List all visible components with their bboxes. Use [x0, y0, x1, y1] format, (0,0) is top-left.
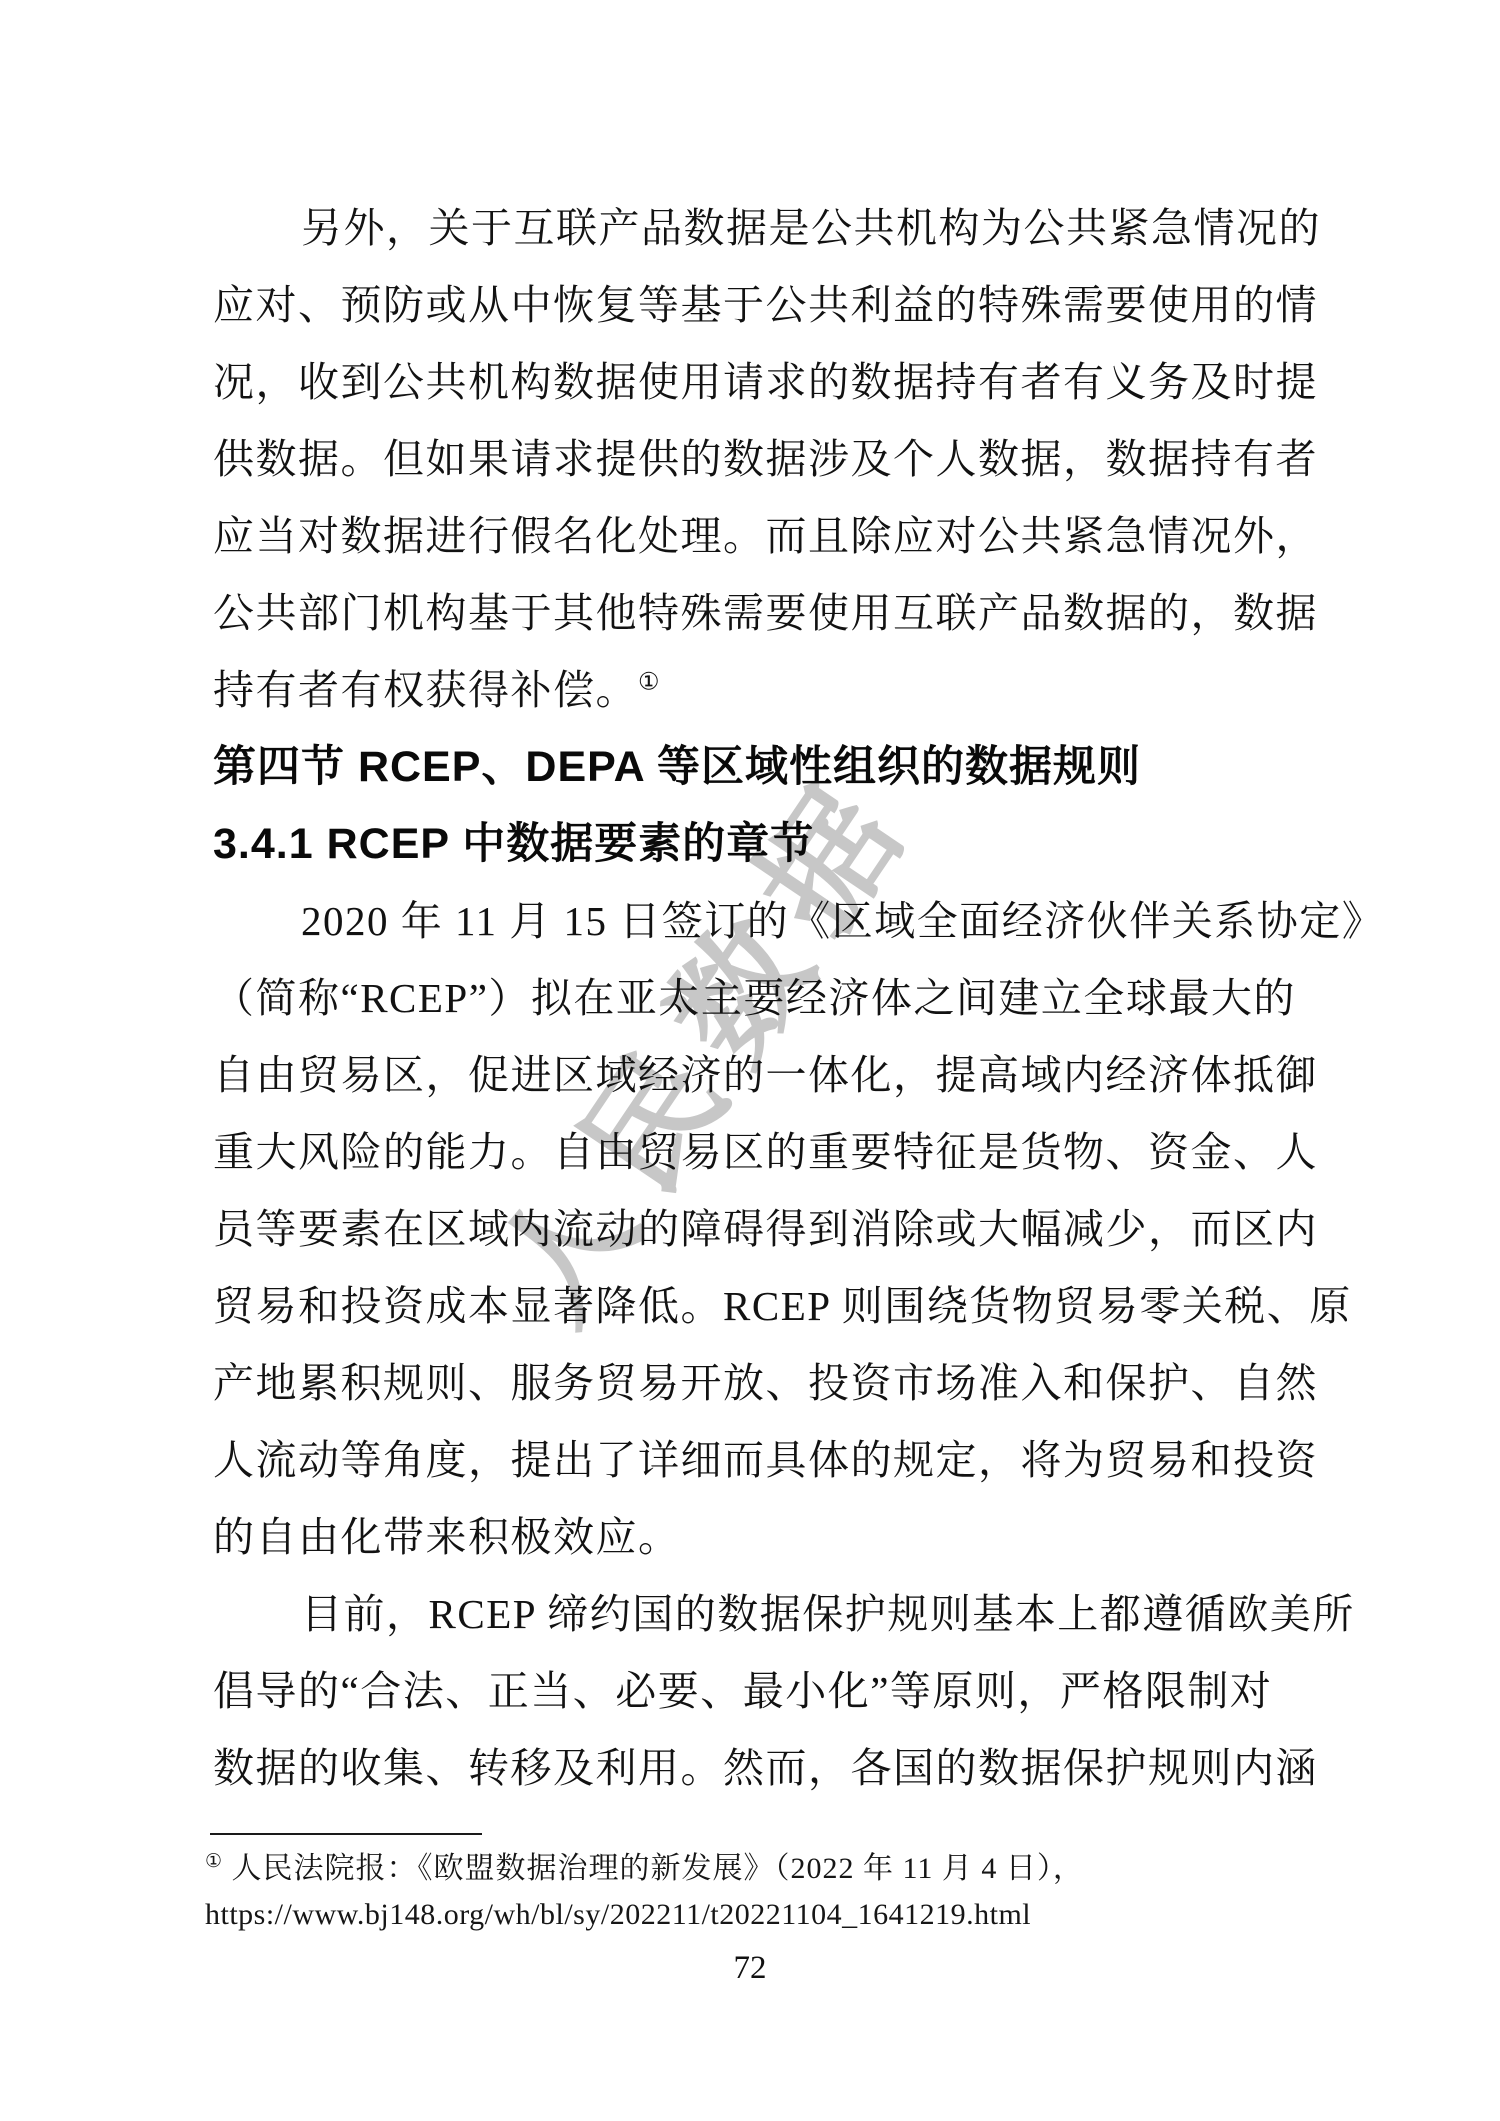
body-line: 况，收到公共机构数据使用请求的数据持有者有义务及时提 [213, 344, 1293, 421]
body-line-text: 持有者有权获得补偿。 [213, 667, 638, 713]
footnote-reference-mark: ① [638, 669, 660, 695]
body-line: 应对、预防或从中恢复等基于公共利益的特殊需要使用的情 [213, 267, 1293, 344]
body-line: 公共部门机构基于其他特殊需要使用互联产品数据的，数据 [213, 575, 1293, 652]
footnote-url: https://www.bj148.org/wh/bl/sy/202211/t2… [205, 1893, 1325, 1937]
footnote-separator [210, 1833, 482, 1835]
footnote-text: ① 人民法院报：《欧盟数据治理的新发展》（2022 年 11 月 4 日）， [205, 1845, 1325, 1893]
body-line: （简称“RCEP”）拟在亚太主要经济体之间建立全球最大的 [213, 960, 1293, 1037]
body-line: 2020 年 11 月 15 日签订的《区域全面经济伙伴关系协定》 [213, 883, 1293, 960]
body-line: 自由贸易区，促进区域经济的一体化，提高域内经济体抵御 [213, 1037, 1293, 1114]
body-line: 员等要素在区域内流动的障碍得到消除或大幅减少，而区内 [213, 1191, 1293, 1268]
footnote: ① 人民法院报：《欧盟数据治理的新发展》（2022 年 11 月 4 日）， h… [205, 1845, 1325, 1937]
body-line: 人流动等角度，提出了详细而具体的规定，将为贸易和投资 [213, 1422, 1293, 1499]
footnote-marker: ① [205, 1851, 223, 1872]
subsection-heading: 3.4.1 RCEP 中数据要素的章节 [213, 806, 1293, 883]
page-number: 72 [0, 1948, 1500, 1988]
page-body: 另外，关于互联产品数据是公共机构为公共紧急情况的 应对、预防或从中恢复等基于公共… [213, 190, 1293, 1807]
footnote-citation: 人民法院报：《欧盟数据治理的新发展》（2022 年 11 月 4 日）， [223, 1852, 1084, 1885]
section-heading: 第四节 RCEP、DEPA 等区域性组织的数据规则 [213, 729, 1293, 806]
body-line: 倡导的“合法、正当、必要、最小化”等原则，严格限制对 [213, 1653, 1293, 1730]
body-line: 数据的收集、转移及利用。然而，各国的数据保护规则内涵 [213, 1730, 1293, 1807]
body-line: 应当对数据进行假名化处理。而且除应对公共紧急情况外， [213, 498, 1293, 575]
body-line: 重大风险的能力。自由贸易区的重要特征是货物、资金、人 [213, 1114, 1293, 1191]
document-page: 人民数据 另外，关于互联产品数据是公共机构为公共紧急情况的 应对、预防或从中恢复… [0, 0, 1500, 2121]
body-line: 持有者有权获得补偿。① [213, 652, 1293, 729]
body-line: 目前，RCEP 缔约国的数据保护规则基本上都遵循欧美所 [213, 1576, 1293, 1653]
body-line: 供数据。但如果请求提供的数据涉及个人数据，数据持有者 [213, 421, 1293, 498]
body-line: 另外，关于互联产品数据是公共机构为公共紧急情况的 [213, 190, 1293, 267]
body-line: 贸易和投资成本显著降低。RCEP 则围绕货物贸易零关税、原 [213, 1268, 1293, 1345]
body-line: 产地累积规则、服务贸易开放、投资市场准入和保护、自然 [213, 1345, 1293, 1422]
body-line: 的自由化带来积极效应。 [213, 1499, 1293, 1576]
